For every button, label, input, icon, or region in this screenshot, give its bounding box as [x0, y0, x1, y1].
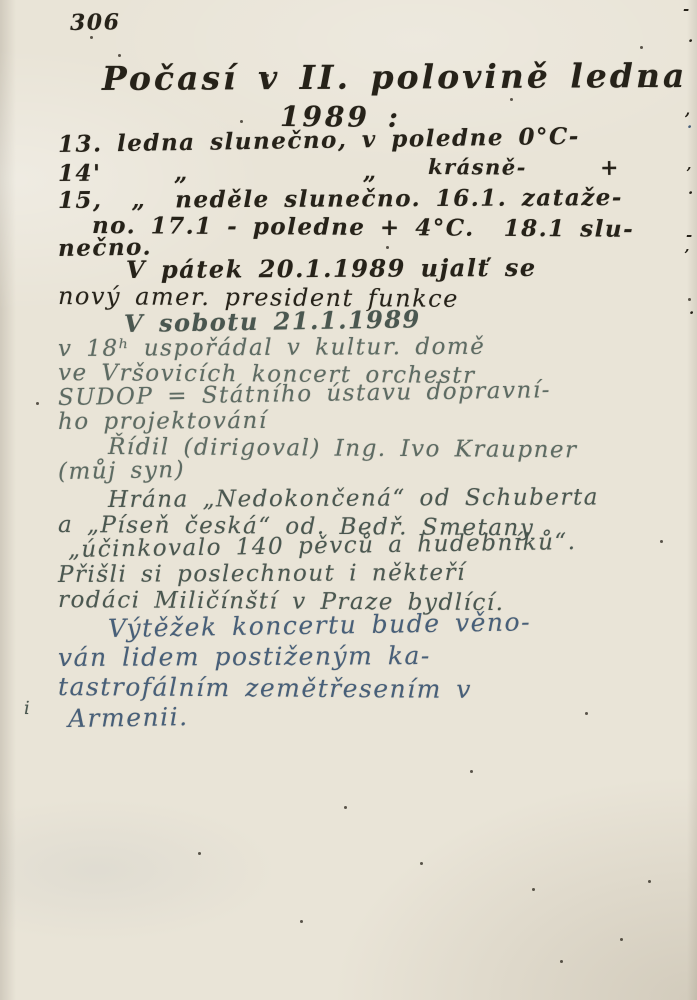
paper-speck [198, 852, 201, 855]
proceeds-3: tastrofálním zemětřesením v [58, 674, 472, 703]
concert-sudop-1: SUDOP = Státního ústavu dopravní- [58, 378, 551, 410]
paper-speck [532, 888, 535, 891]
paper-speck [660, 540, 663, 543]
paper-speck [648, 880, 651, 883]
edge-mark: - [686, 228, 692, 243]
paper-speck [344, 806, 347, 809]
program-performers: „účinkovalo 140 pěvců a hudebníků“. [68, 530, 577, 562]
paper-speck [620, 938, 623, 941]
paper-speck [386, 246, 389, 249]
edge-mark: · [688, 186, 693, 201]
program-schubert: Hrána „Nedokončená“ od Schuberta [108, 485, 599, 512]
edge-mark: ʼ [686, 166, 691, 181]
insertion-plus: + [600, 157, 620, 180]
paper-speck [470, 770, 473, 773]
weather-line-14: 14' „ „ [58, 160, 378, 186]
weather-line-17: no. 17.1 - poledne + 4°C. 18.1 slu- [92, 214, 634, 242]
page-number: 306 [70, 11, 121, 35]
paper-speck [560, 960, 563, 963]
handwriting-layer: 306Počasí v II. polovině ledna1989 :13. … [0, 0, 697, 1000]
paper-speck [688, 298, 691, 301]
paper-speck [90, 36, 93, 39]
paper-speck [240, 120, 243, 123]
title-line-1: Počasí v II. polovině ledna [102, 59, 688, 97]
notebook-page: 306Počasí v II. polovině ledna1989 :13. … [0, 0, 697, 1000]
edge-mark: ʼ [684, 248, 689, 263]
paper-speck [300, 920, 303, 923]
edge-mark: — [641, 78, 656, 93]
paper-speck [118, 54, 121, 57]
paper-speck [36, 402, 39, 405]
proceeds-1: Výtěžek koncertu bude věno- [108, 609, 531, 642]
edge-mark: - [683, 2, 689, 17]
edge-mark: · [689, 306, 694, 321]
edge-mark: · [687, 120, 692, 135]
concert-time-venue: v 18ʰ uspořádal v kultur. domě [58, 335, 486, 361]
event-president-1: V pátek 20.1.1989 ujalť se [126, 255, 537, 282]
edge-mark: · [688, 34, 693, 49]
weather-line-15: 15, „ neděle slunečno. 16.1. zataže- [58, 186, 623, 213]
edge-mark: , [685, 103, 690, 118]
paper-speck [266, 74, 269, 77]
audience-1: Přišli si poslechnout i někteří [58, 561, 466, 587]
paper-speck [640, 46, 643, 49]
concert-sudop-2: ho projektování [58, 409, 268, 434]
proceeds-4: Armenii. [68, 704, 189, 732]
concert-date: V sobotu 21.1.1989 [124, 306, 421, 336]
proceeds-2: ván lidem postiženým ka- [58, 643, 431, 671]
weather-line-13: 13. ledna slunečno, v poledne 0°C- [58, 125, 580, 157]
paper-speck [510, 98, 513, 101]
margin-mark: i [24, 700, 31, 719]
paper-speck [420, 862, 423, 865]
concert-son: (můj syn) [58, 458, 185, 484]
insertion-krasne: krásně- [428, 156, 527, 179]
paper-speck [585, 712, 588, 715]
